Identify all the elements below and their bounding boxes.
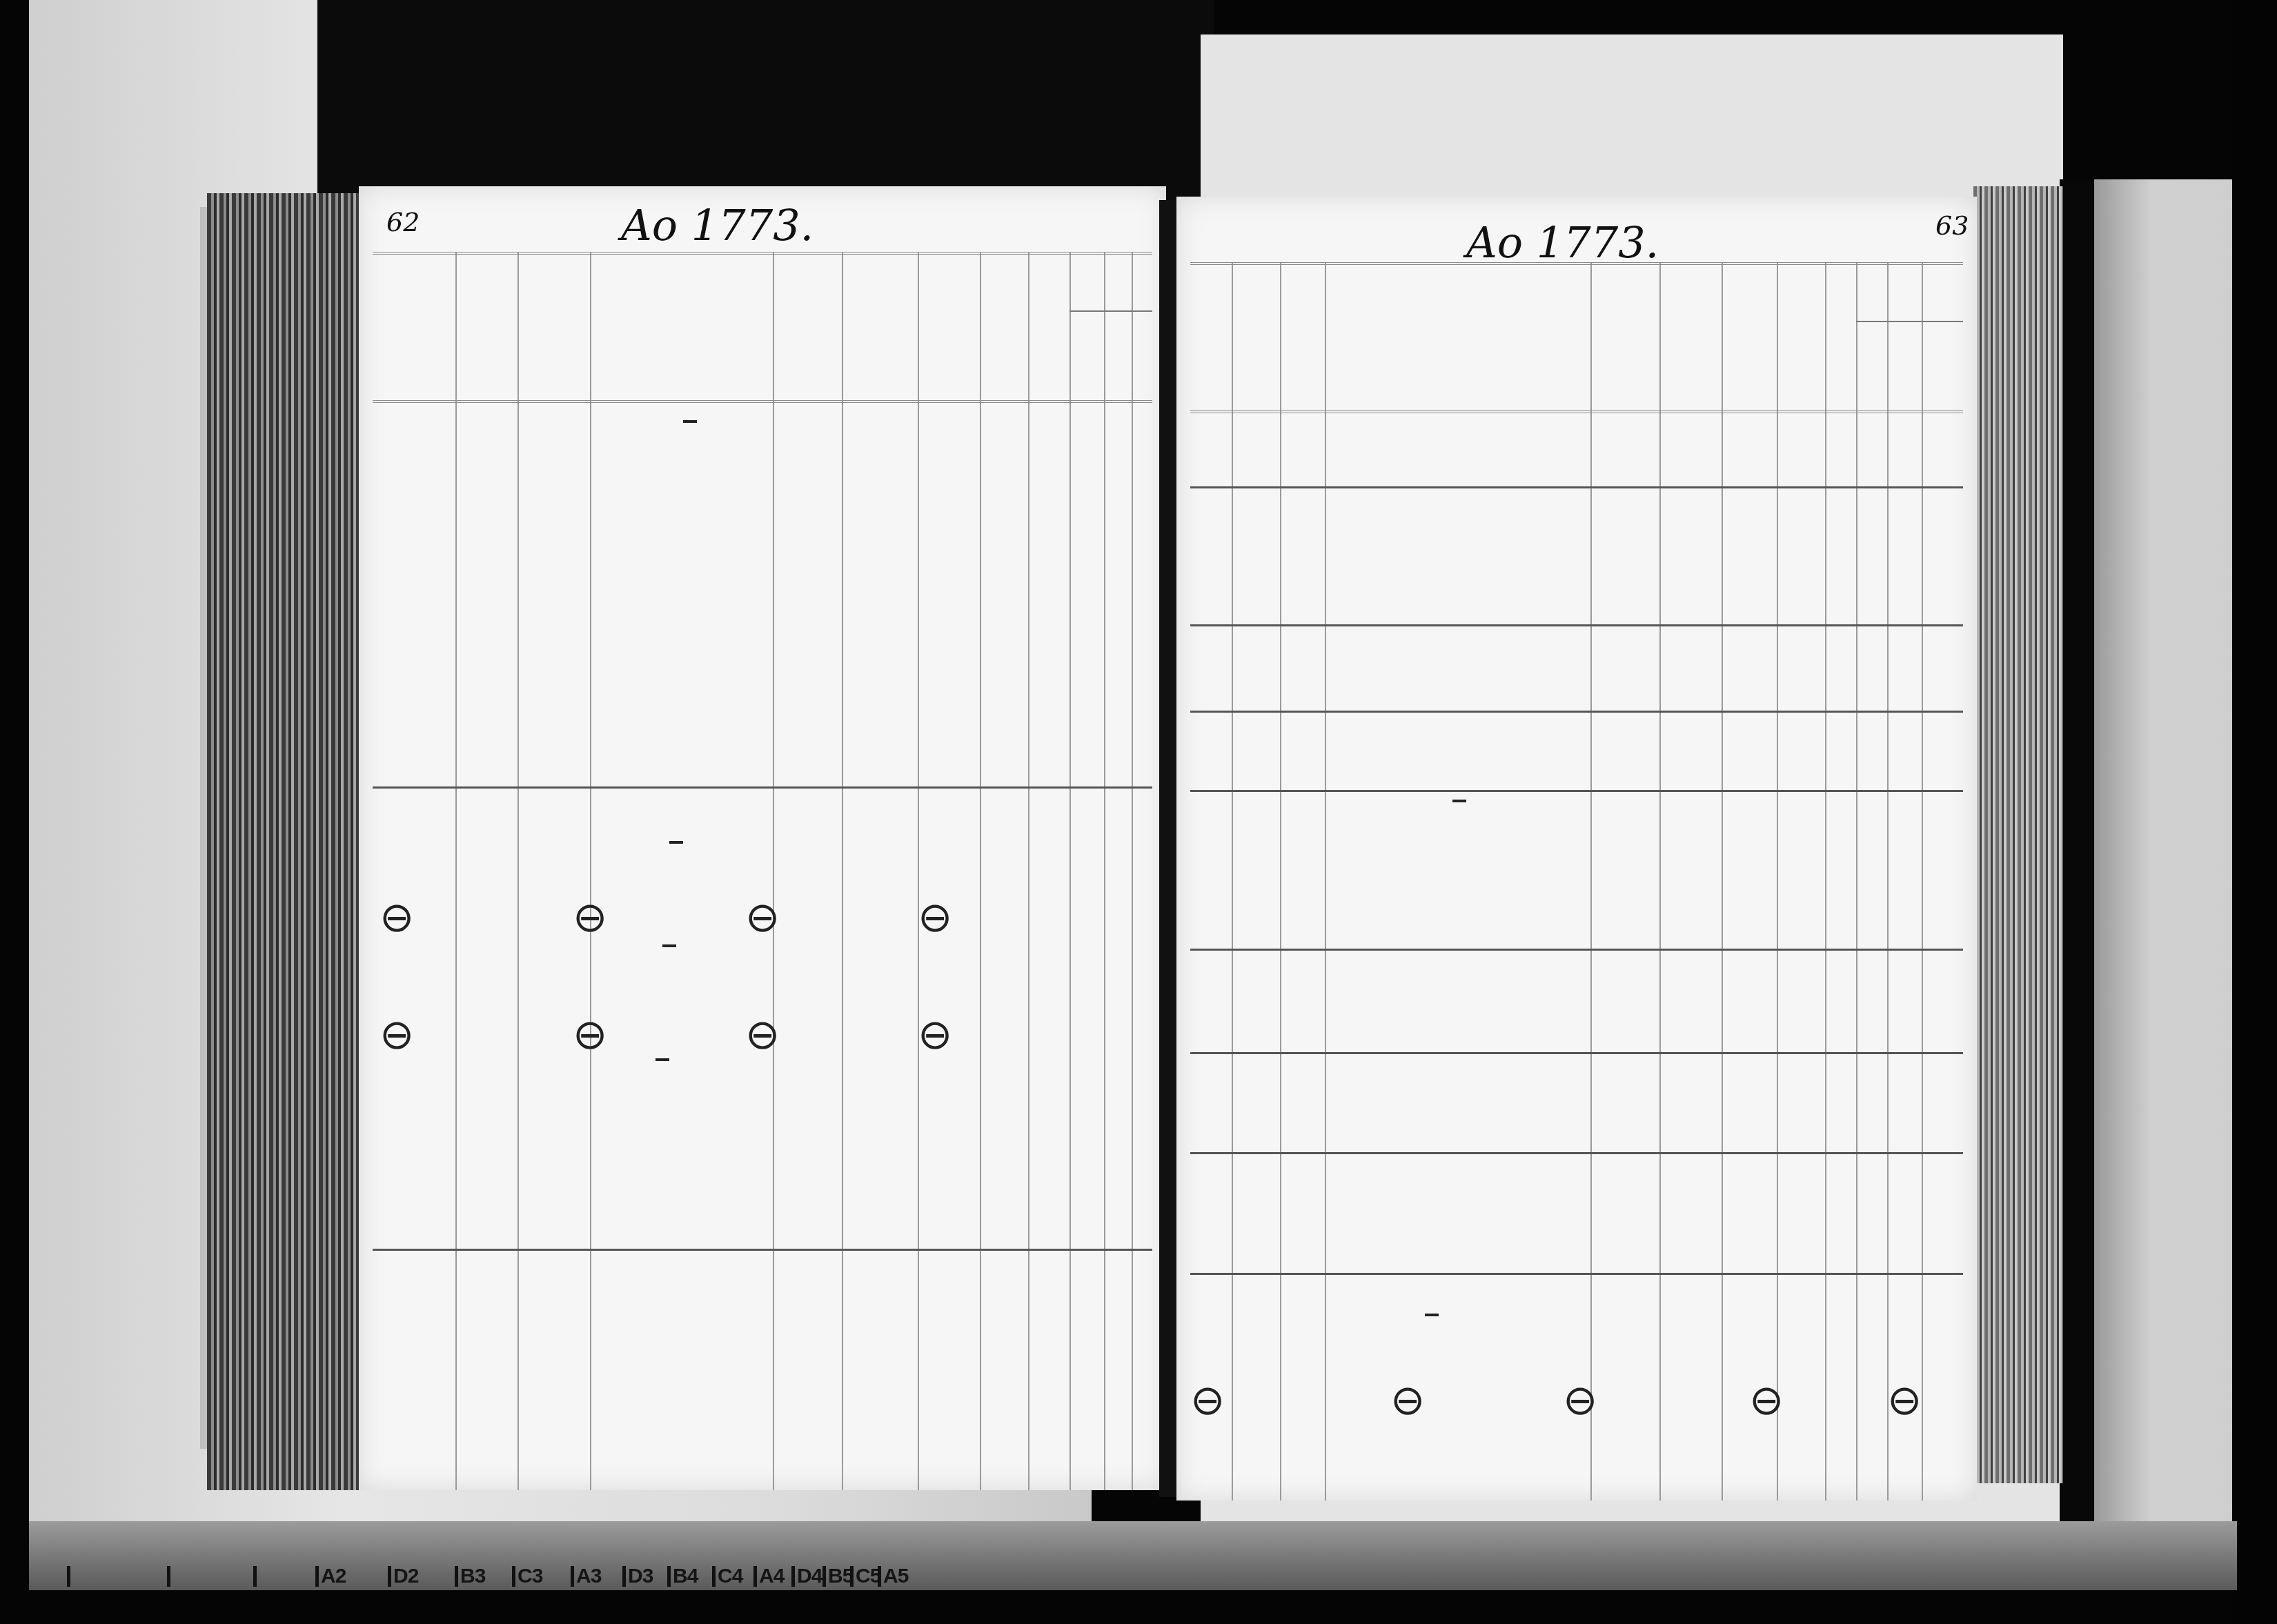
column-rule xyxy=(1922,262,1923,1501)
column-rule xyxy=(1280,262,1281,1501)
column-rule xyxy=(1590,262,1592,1501)
left-page: 62 Ao 1773. ⊖⊖⊖⊖⊖⊖⊖⊖ xyxy=(359,186,1166,1490)
column-rule xyxy=(842,252,843,1490)
entry-separator xyxy=(1190,949,1963,951)
film-calibration-label: A2 xyxy=(315,1566,346,1587)
entry-separator xyxy=(1190,486,1963,488)
column-rule xyxy=(1104,252,1105,1490)
header-rule-top xyxy=(373,252,1152,255)
film-calibration-label: A5 xyxy=(878,1566,908,1587)
column-rule xyxy=(1069,252,1071,1490)
month-heading xyxy=(655,1056,669,1061)
entry-separator xyxy=(1190,1152,1963,1154)
header-rule-bottom xyxy=(373,400,1152,403)
book-gutter xyxy=(1159,200,1177,1497)
column-rule xyxy=(1856,262,1857,1501)
entry-separator xyxy=(1190,624,1963,626)
entry-separator xyxy=(373,786,1152,789)
column-rule xyxy=(1887,262,1889,1501)
entry-separator xyxy=(1190,1273,1963,1275)
column-rule xyxy=(1777,262,1778,1501)
column-rule xyxy=(1132,252,1133,1490)
film-calibration-label: B3 xyxy=(455,1566,485,1587)
nil-entry-mark: ⊖ xyxy=(573,1011,607,1059)
film-border-right xyxy=(2232,0,2277,1624)
column-rule xyxy=(918,252,919,1490)
column-rule xyxy=(773,252,774,1490)
nil-entry-mark: ⊖ xyxy=(745,1011,780,1059)
film-tick xyxy=(253,1566,259,1587)
nil-entry-mark: ⊖ xyxy=(918,1011,952,1059)
entry-separator xyxy=(373,1249,1152,1251)
film-calibration-label: A4 xyxy=(753,1566,784,1587)
column-rule xyxy=(590,252,591,1490)
page-title: Ao 1773. xyxy=(621,200,814,250)
film-calibration-label: A3 xyxy=(571,1566,601,1587)
film-calibration-label: B4 xyxy=(667,1566,698,1587)
scanner-background-top xyxy=(317,0,1214,207)
film-tick xyxy=(167,1566,172,1587)
book-page-block-right xyxy=(1973,186,2063,1483)
film-calibration-label: B5 xyxy=(822,1566,853,1587)
nil-entry-mark: ⊖ xyxy=(1749,1376,1784,1425)
aetas-rule xyxy=(1856,321,1963,322)
right-page: 63 Ao 1773. ⊖⊖⊖⊖⊖ xyxy=(1176,197,1977,1501)
column-rule xyxy=(517,252,519,1490)
book-page-block-left xyxy=(207,193,373,1490)
month-heading xyxy=(662,942,676,947)
nil-entry-mark: ⊖ xyxy=(573,893,607,942)
month-heading xyxy=(683,417,697,423)
aetas-rule xyxy=(1069,310,1152,312)
page-title: Ao 1773. xyxy=(1466,217,1659,268)
column-rule xyxy=(980,252,981,1490)
nil-entry-mark: ⊖ xyxy=(1390,1376,1425,1425)
film-tick xyxy=(67,1566,72,1587)
column-rule xyxy=(455,252,457,1490)
film-calibration-label: D2 xyxy=(388,1566,418,1587)
nil-entry-mark: ⊖ xyxy=(379,893,414,942)
month-heading xyxy=(1425,1311,1439,1316)
column-rule xyxy=(1325,262,1326,1501)
header-rule-bottom xyxy=(1190,410,1963,413)
column-rule xyxy=(1825,262,1826,1501)
entry-separator xyxy=(1190,1052,1963,1054)
nil-entry-mark: ⊖ xyxy=(918,893,952,942)
nil-entry-mark: ⊖ xyxy=(1887,1376,1922,1425)
film-calibration-label: C4 xyxy=(712,1566,742,1587)
column-rule xyxy=(1028,252,1029,1490)
header-rule-top xyxy=(1190,262,1963,265)
page-number: 62 xyxy=(386,207,420,237)
month-heading xyxy=(669,838,683,844)
film-calibration-label: D3 xyxy=(622,1566,653,1587)
nil-entry-mark: ⊖ xyxy=(745,893,780,942)
entry-separator xyxy=(1190,711,1963,713)
nil-entry-mark: ⊖ xyxy=(1563,1376,1597,1425)
column-rule xyxy=(1722,262,1723,1501)
film-calibration-label: D4 xyxy=(791,1566,822,1587)
entry-separator xyxy=(1190,790,1963,792)
film-calibration-label: C3 xyxy=(512,1566,542,1587)
film-calibration-label: C5 xyxy=(850,1566,880,1587)
column-rule xyxy=(1232,262,1233,1501)
nil-entry-mark: ⊖ xyxy=(379,1011,414,1059)
nil-entry-mark: ⊖ xyxy=(1190,1376,1225,1425)
film-calibration-strip: A2D2B3C3A3D3B4C4A4D4B5C5A5 xyxy=(29,1566,995,1591)
scanner-background-right-gray xyxy=(2094,179,2239,1525)
column-rule xyxy=(1659,262,1661,1501)
month-heading xyxy=(1452,797,1466,802)
page-number: 63 xyxy=(1935,210,1969,241)
